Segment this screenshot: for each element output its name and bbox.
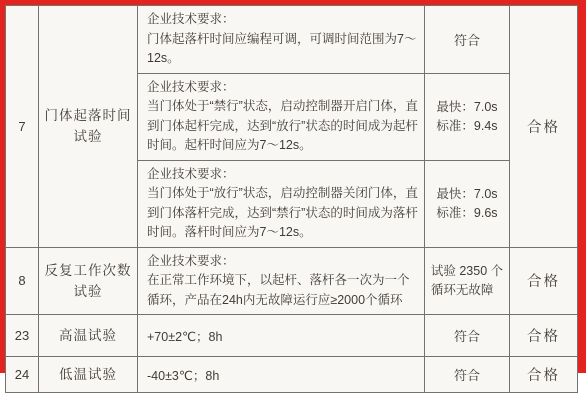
result-line2: 循环无故障 [431, 281, 503, 300]
verdict-value: 合格 [527, 120, 560, 136]
table-row: 7 门体起落时间 试验 企业技术要求： 门体起落杆时间应编程可调，可调时间范围为… [6, 6, 578, 74]
test-name-cell: 高温试验 [39, 315, 138, 357]
row-number: 7 [18, 119, 25, 134]
requirement-condition: +70±2℃；8h [138, 327, 424, 345]
result-fastest: 最快：7.0s [436, 185, 497, 204]
requirement-title: 企业技术要求： [147, 165, 418, 185]
result-fastest: 最快：7.0s [436, 98, 497, 117]
row-number-cell: 24 [6, 357, 39, 393]
test-name-line1: 门体起落时间 [39, 105, 137, 126]
red-frame-border: 7 门体起落时间 试验 企业技术要求： 门体起落杆时间应编程可调，可调时间范围为… [0, 0, 586, 373]
verdict-cell: 合格 [510, 315, 578, 357]
test-name-line1: 反复工作次数 [39, 260, 137, 281]
row-number-cell: 8 [6, 247, 39, 315]
table-row: 23 高温试验 +70±2℃；8h 符合 合格 [6, 315, 578, 357]
result-line1: 试验 2350 个 [431, 262, 503, 281]
test-name: 低温试验 [59, 367, 117, 382]
result-cell: 试验 2350 个 循环无故障 [425, 247, 510, 315]
requirement-body: 当门体处于“放行”状态，启动控制器关闭门体，直到门体落杆完成，达到“禁行”状态的… [147, 184, 418, 243]
row-number-cell: 7 [6, 6, 39, 248]
result-standard: 标准：9.6s [436, 204, 497, 223]
row-number: 24 [15, 367, 29, 382]
requirement-cell: -40±3℃；8h [138, 357, 425, 393]
verdict-value: 合格 [527, 329, 560, 345]
test-name-line2: 试验 [39, 126, 137, 147]
result-standard: 标准：9.4s [436, 117, 497, 136]
row-number: 23 [15, 328, 29, 343]
requirement-cell: +70±2℃；8h [138, 315, 425, 357]
test-name-cell: 门体起落时间 试验 [39, 6, 138, 248]
requirement-condition: -40±3℃；8h [138, 366, 424, 384]
result-value: 符合 [454, 368, 480, 383]
verdict-cell: 合格 [510, 247, 578, 315]
requirement-body: 门体起落杆时间应编程可调，可调时间范围为7～12s。 [147, 30, 418, 69]
requirement-cell: 企业技术要求： 在正常工作环境下，以起杆、落杆各一次为一个循环，产品在24h内无… [138, 247, 425, 315]
verdict-cell: 合格 [510, 6, 578, 248]
requirement-title: 企业技术要求： [147, 252, 418, 272]
table-row: 8 反复工作次数 试验 企业技术要求： 在正常工作环境下，以起杆、落杆各一次为一… [6, 247, 578, 315]
requirement-cell: 企业技术要求： 门体起落杆时间应编程可调，可调时间范围为7～12s。 [138, 6, 425, 74]
table-row: 24 低温试验 -40±3℃；8h 符合 合格 [6, 357, 578, 393]
result-cell: 最快：7.0s 标准：9.6s [425, 160, 510, 247]
verdict-value: 合格 [527, 274, 560, 290]
row-number-cell: 23 [6, 315, 39, 357]
requirement-cell: 企业技术要求： 当门体处于“禁行”状态，启动控制器开启门体，直到门体起杆完成，达… [138, 73, 425, 160]
result-cell: 符合 [425, 357, 510, 393]
test-name-line2: 试验 [39, 281, 137, 302]
requirement-title: 企业技术要求： [147, 78, 418, 98]
result-cell: 最快：7.0s 标准：9.4s [425, 73, 510, 160]
verdict-value: 合格 [527, 368, 560, 384]
requirement-title: 企业技术要求： [147, 10, 418, 30]
result-cell: 符合 [425, 315, 510, 357]
result-cell: 符合 [425, 6, 510, 74]
test-name: 高温试验 [59, 328, 117, 343]
requirement-body: 在正常工作环境下，以起杆、落杆各一次为一个循环，产品在24h内无故障运行应≥20… [147, 271, 418, 310]
result-value: 符合 [454, 33, 480, 48]
test-name-cell: 反复工作次数 试验 [39, 247, 138, 315]
requirement-cell: 企业技术要求： 当门体处于“放行”状态，启动控制器关闭门体，直到门体落杆完成，达… [138, 160, 425, 247]
test-report-table: 7 门体起落时间 试验 企业技术要求： 门体起落杆时间应编程可调，可调时间范围为… [5, 5, 578, 393]
verdict-cell: 合格 [510, 357, 578, 393]
result-value: 符合 [454, 329, 480, 344]
row-number: 8 [18, 273, 25, 288]
test-name-cell: 低温试验 [39, 357, 138, 393]
requirement-body: 当门体处于“禁行”状态，启动控制器开启门体，直到门体起杆完成，达到“放行”状态的… [147, 97, 418, 156]
